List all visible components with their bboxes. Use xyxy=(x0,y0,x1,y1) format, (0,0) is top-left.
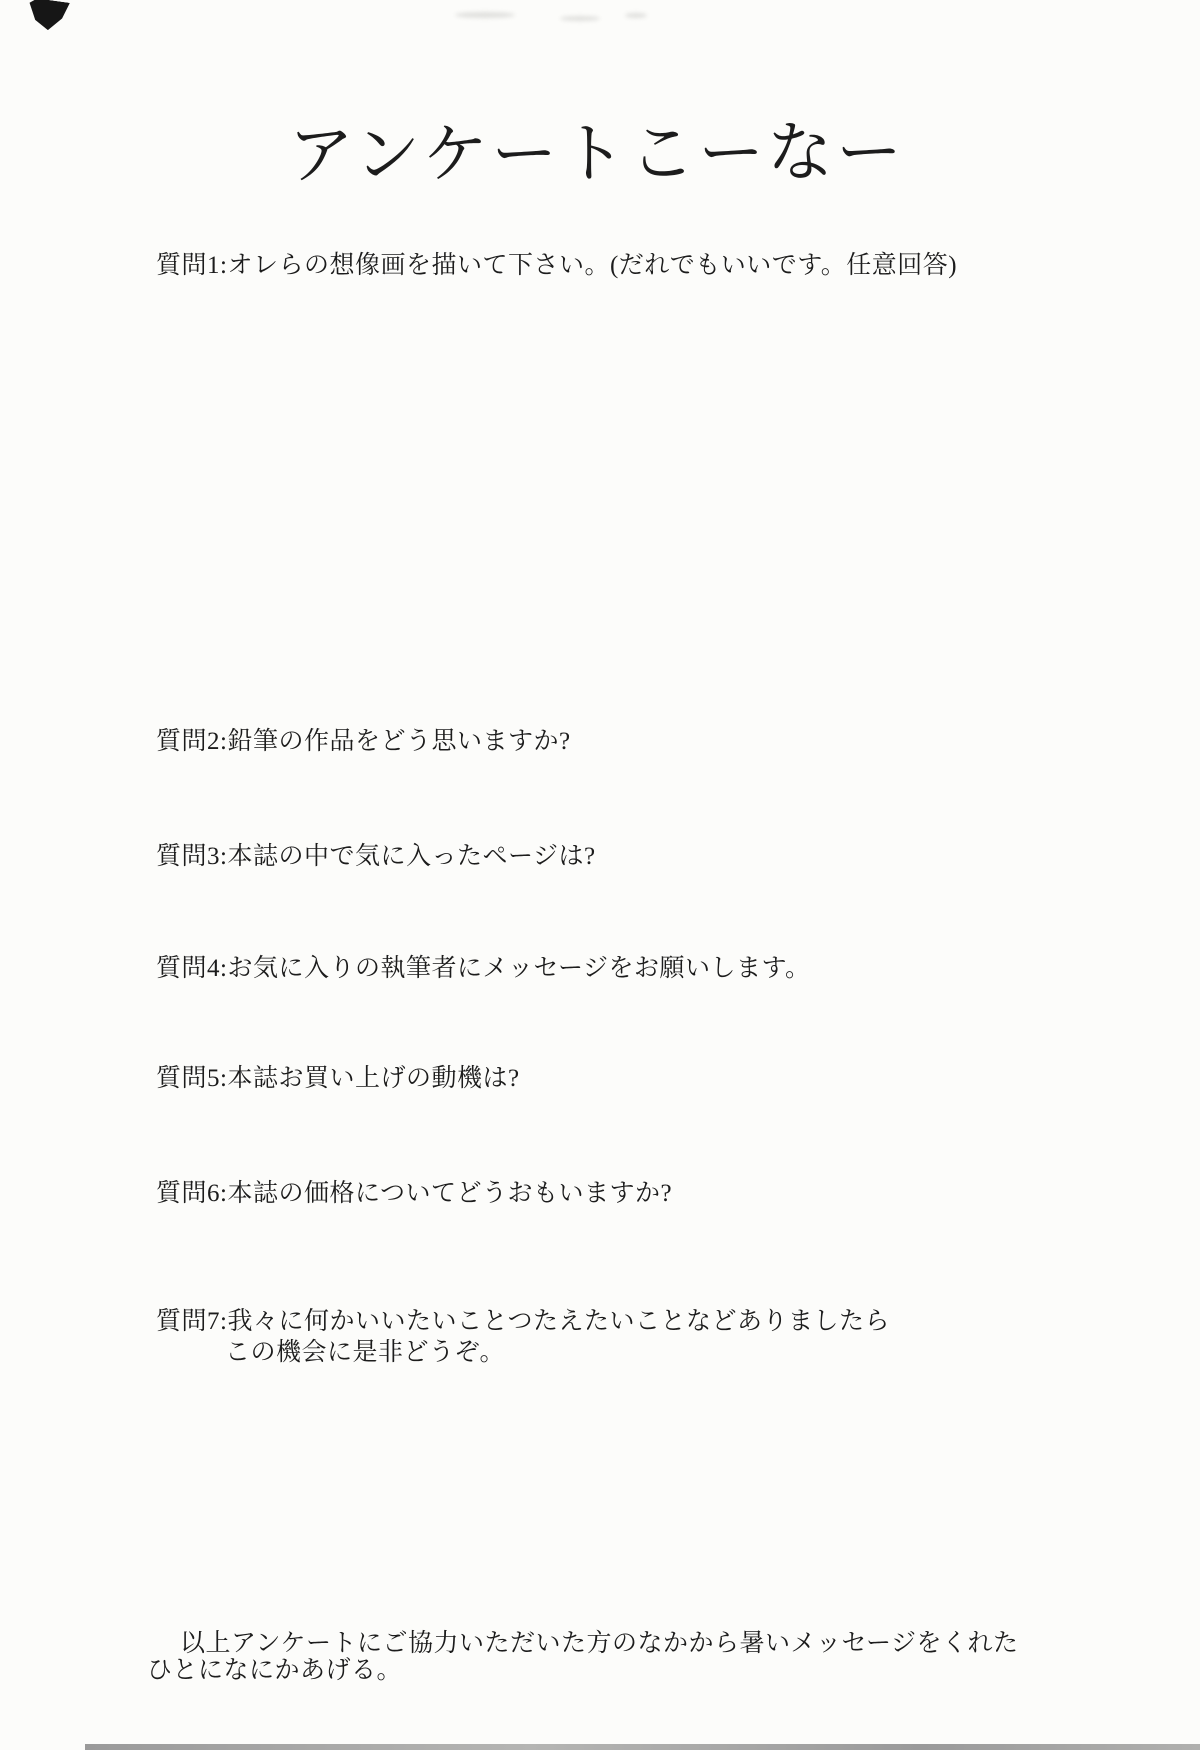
scan-smudge xyxy=(560,16,600,21)
question-2: 質問2:鉛筆の作品をどう思いますか? xyxy=(156,726,571,757)
question-7-line-2: この機会に是非どうぞ。 xyxy=(156,1337,890,1368)
question-7-line-1: 質問7:我々に何かいいたいことつたえたいことなどありましたら xyxy=(156,1306,890,1337)
scan-smudge xyxy=(625,13,647,18)
footer-note: 以上アンケートにご協力いただいた方のなかから暑いメッセージをくれた ひとになにか… xyxy=(147,1630,1019,1684)
page-title: アンケートこーなー xyxy=(288,98,906,196)
question-6: 質問6:本誌の価格についてどうおもいますか? xyxy=(156,1178,672,1209)
question-7: 質問7:我々に何かいいたいことつたえたいことなどありましたら この機会に是非どう… xyxy=(156,1306,890,1368)
footer-line-1: 以上アンケートにご協力いただいた方のなかから暑いメッセージをくれた xyxy=(147,1630,1019,1657)
question-4: 質問4:お気に入りの執筆者にメッセージをお願いします。 xyxy=(156,953,810,984)
scan-edge-artifact xyxy=(85,1744,1200,1750)
questionnaire-page: アンケートこーなー 質問1:オレらの想像画を描いて下さい。(だれでもいいです。任… xyxy=(0,0,1200,1750)
scan-smudge xyxy=(455,12,515,18)
question-1: 質問1:オレらの想像画を描いて下さい。(だれでもいいです。任意回答) xyxy=(156,250,957,281)
footer-line-2: ひとになにかあげる。 xyxy=(147,1657,1019,1684)
scan-corner-artifact xyxy=(26,0,70,33)
question-5: 質問5:本誌お買い上げの動機は? xyxy=(156,1063,520,1094)
question-3: 質問3:本誌の中で気に入ったページは? xyxy=(156,841,596,872)
